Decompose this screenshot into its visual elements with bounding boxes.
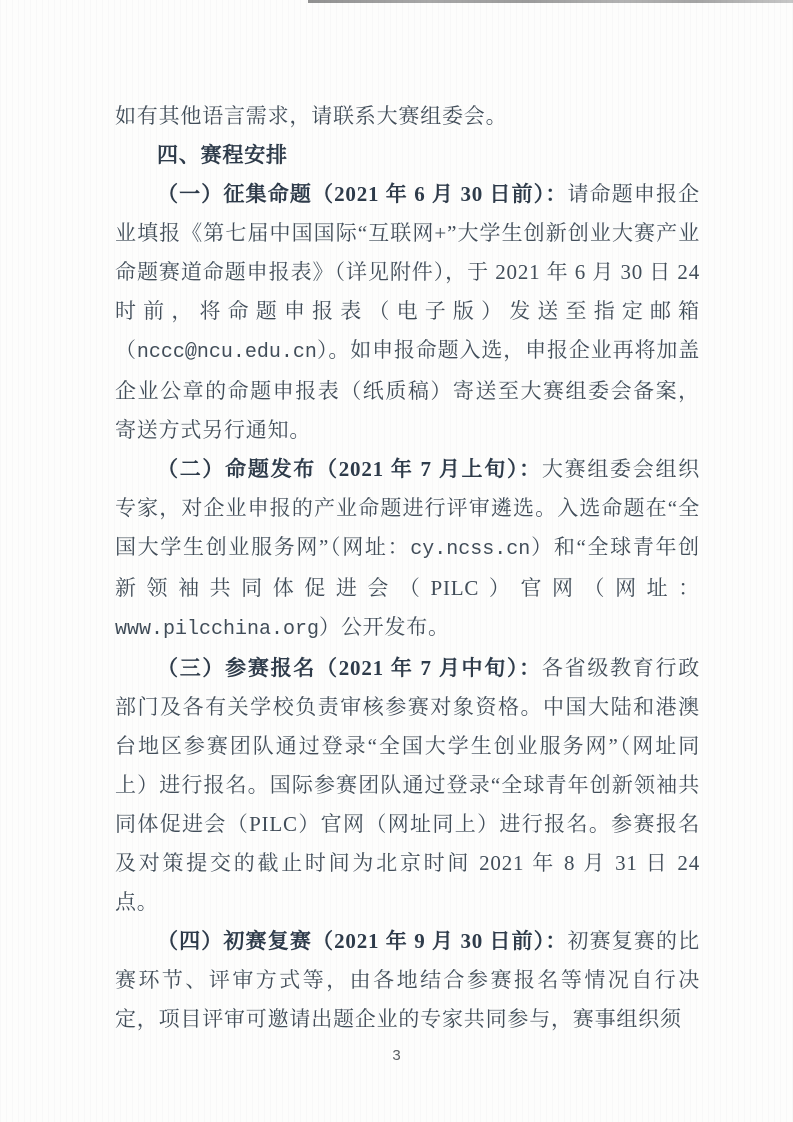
body-text: 请命题申报企业填报《第七届中国国际“互联网+”大学生创新创业大赛产业命题赛道命题… [115, 182, 700, 362]
bold-lead-text: （三）参赛报名（2021 年 7 月中旬）： [157, 656, 542, 680]
latin-text: www.pilcchina.org [115, 618, 319, 641]
document-body: 如有其他语言需求，请联系大赛组委会。 四、赛程安排 （一）征集命题（2021 年… [115, 97, 700, 1039]
latin-text: cy.ncss.cn [410, 538, 530, 561]
latin-text: nccc@ncu.edu.cn [137, 341, 317, 364]
section-heading-schedule: 四、赛程安排 [115, 136, 700, 175]
bold-lead-text: （一）征集命题（2021 年 6 月 30 日前）： [157, 182, 567, 206]
paragraph-preliminary-semifinal: （四）初赛复赛（2021 年 9 月 30 日前）：初赛复赛的比赛环节、评审方式… [115, 922, 700, 1039]
paragraph-topic-collection: （一）征集命题（2021 年 6 月 30 日前）：请命题申报企业填报《第七届中… [115, 175, 700, 450]
paragraph-registration: （三）参赛报名（2021 年 7 月中旬）：各省级教育行政部门及各有关学校负责审… [115, 649, 700, 922]
paragraph-topic-release: （二）命题发布（2021 年 7 月上旬）：大赛组委会组织专家，对企业申报的产业… [115, 450, 700, 649]
page-number: 3 [0, 1047, 793, 1064]
bold-lead-text: （二）命题发布（2021 年 7 月上旬）： [157, 457, 542, 481]
body-text: ）公开发布。 [319, 615, 450, 639]
body-text: 如有其他语言需求，请联系大赛组委会。 [115, 104, 507, 128]
paragraph-continuation: 如有其他语言需求，请联系大赛组委会。 [115, 97, 700, 136]
bold-lead-text: （四）初赛复赛（2021 年 9 月 30 日前）： [157, 929, 567, 953]
scan-artifact-line [308, 0, 793, 3]
document-page: 如有其他语言需求，请联系大赛组委会。 四、赛程安排 （一）征集命题（2021 年… [0, 0, 793, 1122]
bold-lead-text: 四、赛程安排 [157, 143, 288, 167]
body-text: 各省级教育行政部门及各有关学校负责审核参赛对象资格。中国大陆和港澳台地区参赛团队… [115, 656, 700, 914]
